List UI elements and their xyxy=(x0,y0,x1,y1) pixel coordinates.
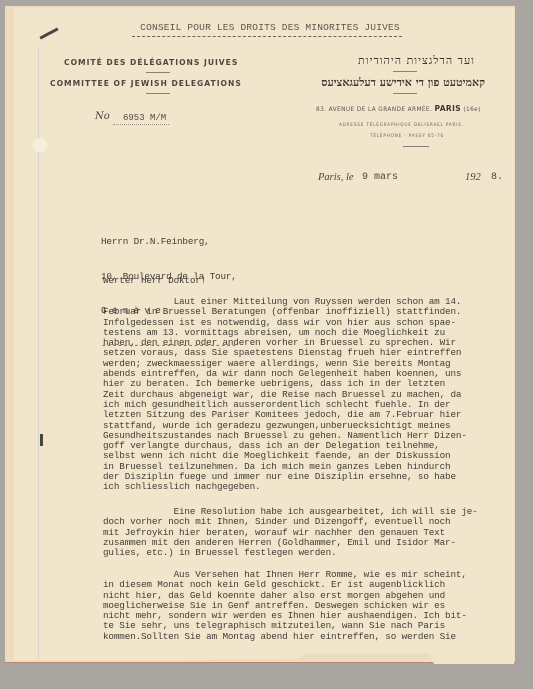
date-place: Paris, le xyxy=(318,172,354,183)
reference-number: 6953 M/M xyxy=(123,113,166,123)
reference-underline xyxy=(113,124,169,125)
org-name-english: COMMITTEE OF JEWISH DELEGATIONS xyxy=(50,79,242,88)
address-street: 83. AVENUE DE LA GRANDE ARMÉE. xyxy=(316,107,432,113)
divider xyxy=(393,93,417,94)
divider xyxy=(403,146,429,147)
divider xyxy=(146,93,170,94)
address-line: 83. AVENUE DE LA GRANDE ARMÉE. PARIS (16… xyxy=(316,104,481,113)
date-year-prefix: 192 xyxy=(465,172,481,183)
divider xyxy=(146,72,170,73)
body-paragraph: Aus Versehen hat Ihnen Herr Romme, wie e… xyxy=(103,570,467,642)
body-paragraph: Eine Resolution habe ich ausgearbeitet, … xyxy=(103,507,478,558)
staple-mark xyxy=(39,27,58,39)
org-name-french: COMITÉ DES DÉLÉGATIONS JUIVES xyxy=(64,58,238,67)
org-name-hebrew: ועד הדלגציות היהודיות xyxy=(358,54,475,67)
org-name-yiddish: קאמיטעט פון די אידישע דעלעגאציעס xyxy=(321,76,485,89)
date-year-suffix: 8. xyxy=(491,172,503,183)
recipient-line: Herrn Dr.N.Feinberg, xyxy=(101,236,237,248)
body-paragraph: Laut einer Mitteilung von Ruyssen werden… xyxy=(103,297,467,493)
date-day: 9 mars xyxy=(362,172,398,183)
divider xyxy=(393,71,417,72)
address-city: PARIS xyxy=(434,104,461,113)
council-header: CONSEIL POUR LES DROITS DES MINORITES JU… xyxy=(120,22,420,33)
salutation: Werter Herr Doktor! xyxy=(103,276,206,286)
header-dashed-rule xyxy=(132,36,402,37)
reference-label-text: No xyxy=(95,111,110,122)
staple-mark xyxy=(40,434,43,446)
punch-hole xyxy=(33,138,47,152)
telephone-number: TÉLÉPHONE - PASSY 65-76 xyxy=(370,133,444,138)
address-arrondissement: (16e) xyxy=(463,107,480,113)
telegraph-address: ADRESSE TÉLÉGRAPHIQUE DELISRAEL PARIS. xyxy=(339,122,464,127)
reference-label: No xyxy=(95,111,110,122)
